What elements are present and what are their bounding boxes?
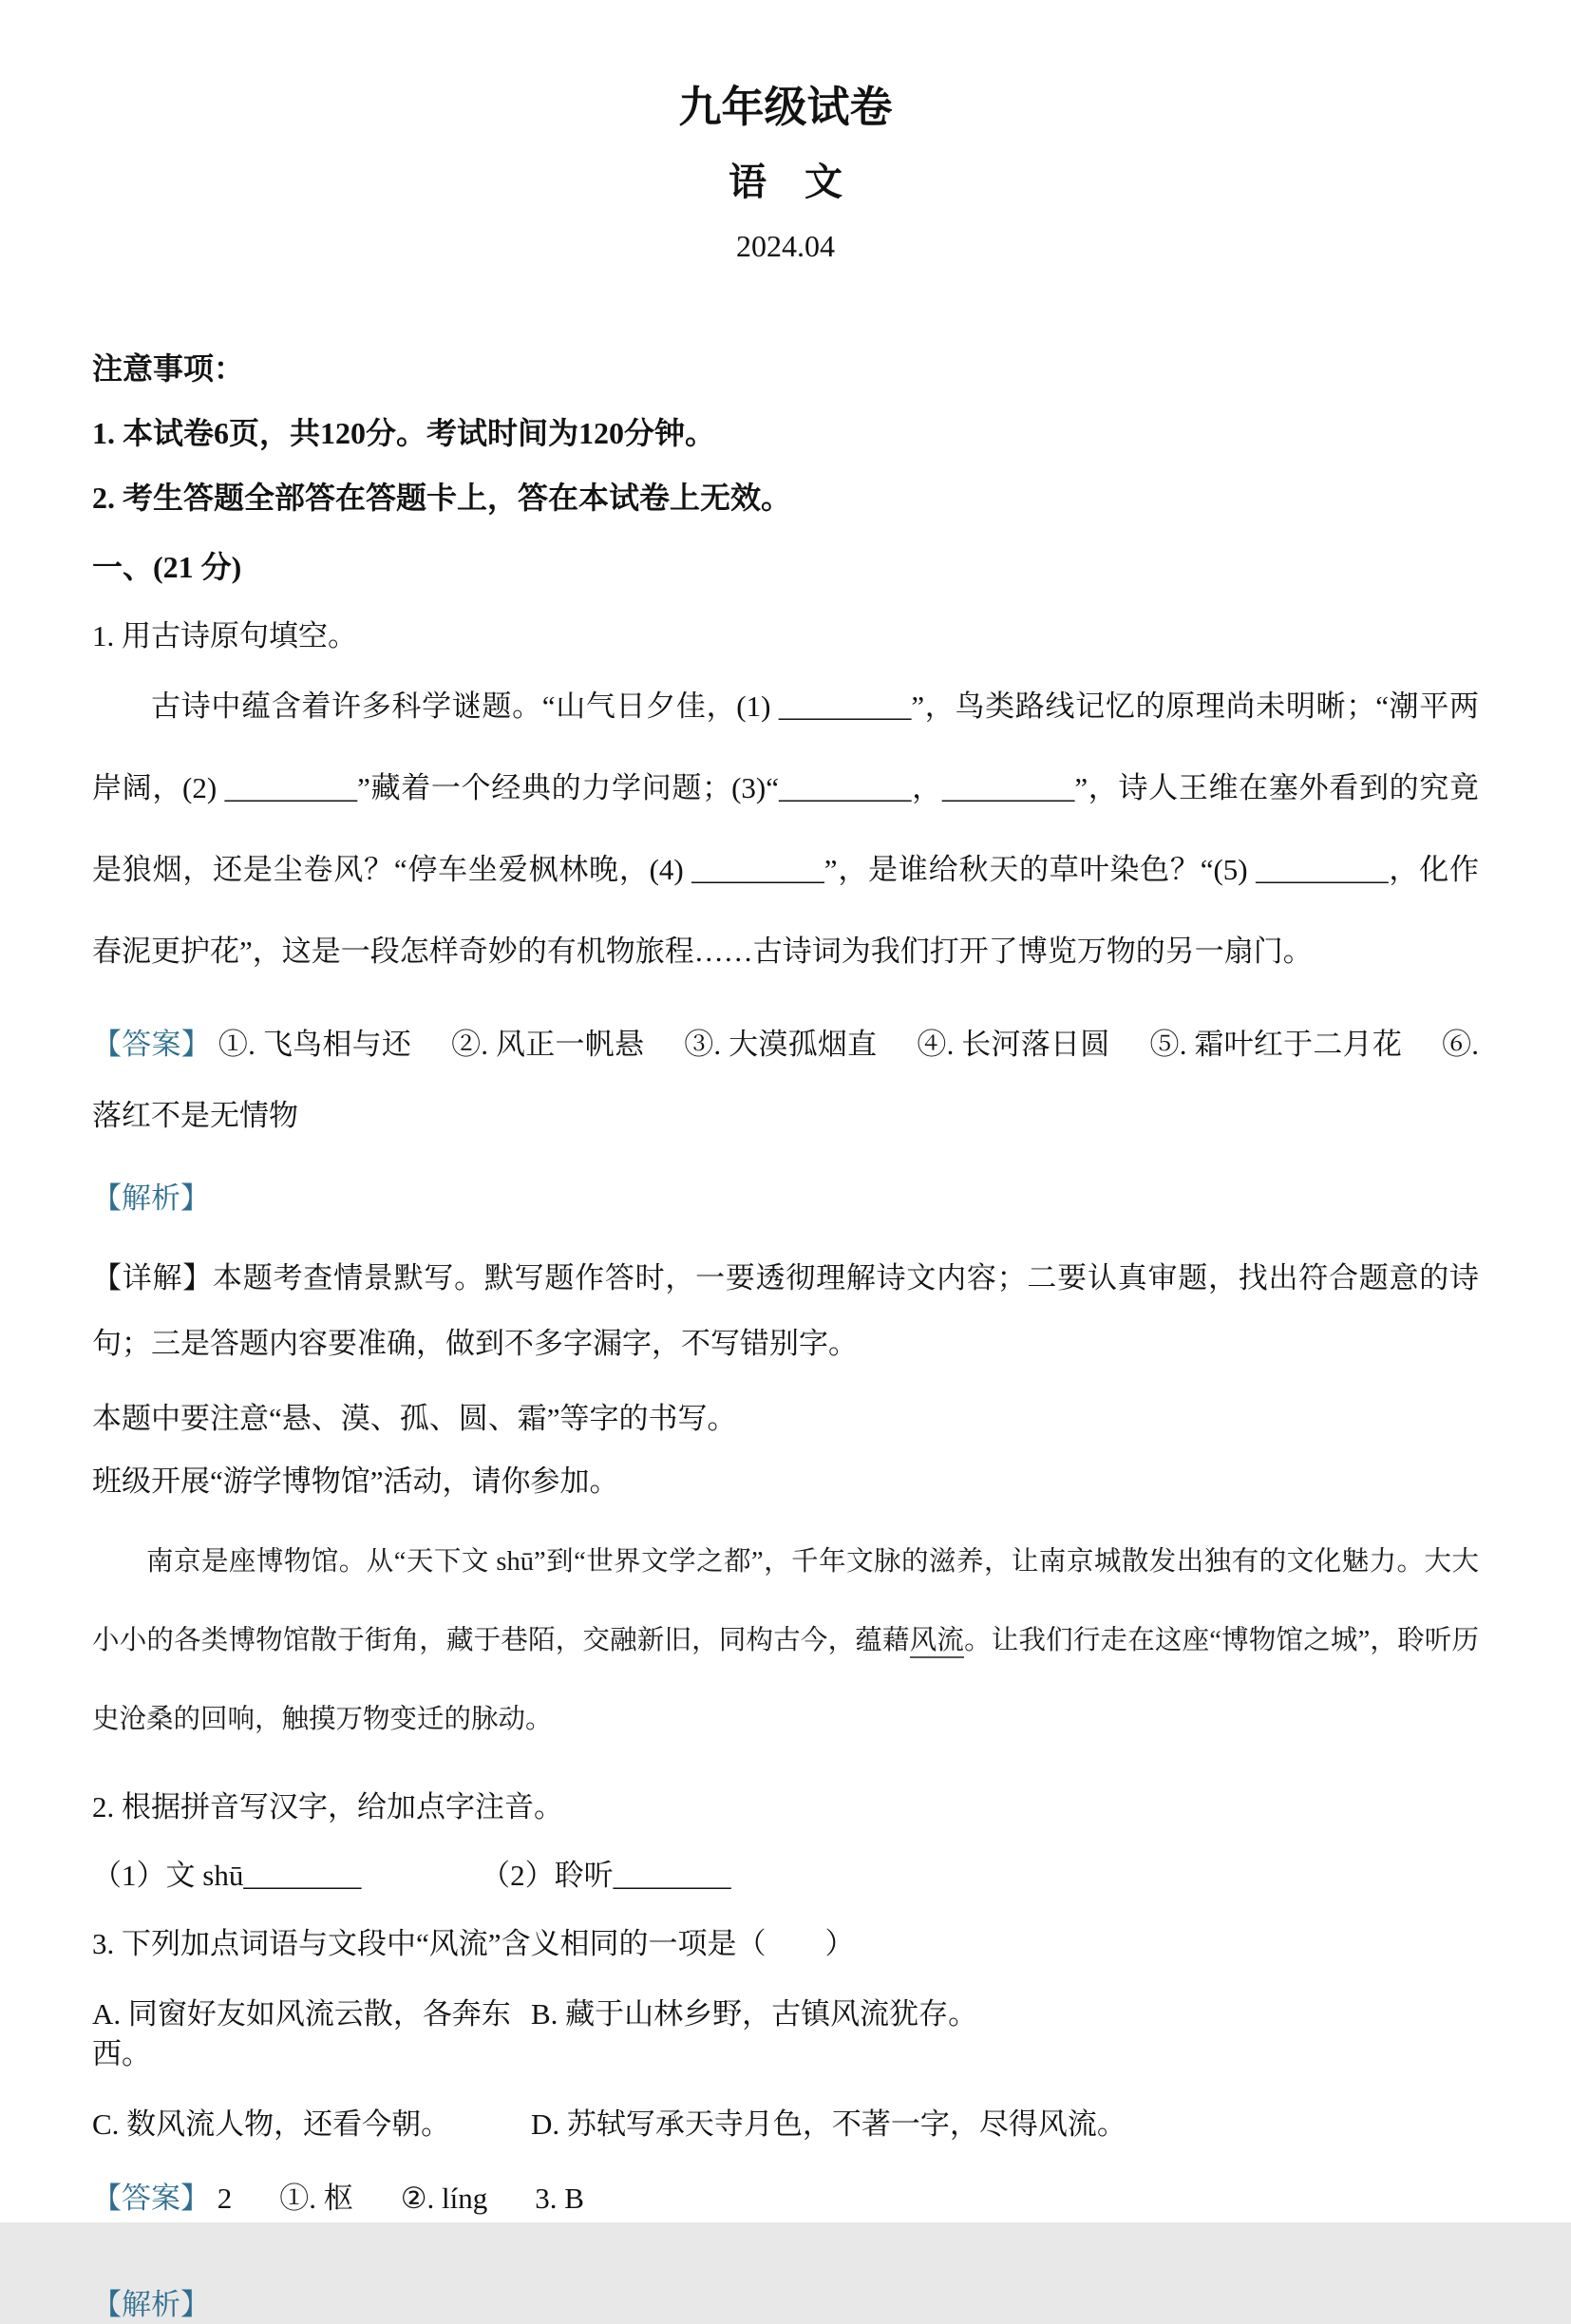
option-b: B. 藏于山林乡野，古镇风流犹存。 — [531, 1994, 1479, 2074]
exam-paper-page: 九年级试卷 语 文 2024.04 注意事项： 1. 本试卷6页，共120分。考… — [0, 0, 1571, 2222]
question-1-answer-line: 【答案】 ①. 飞鸟相与还②. 风正一帆悬③. 大漠孤烟直④. 长河落日圆⑤. … — [92, 1010, 1479, 1151]
question-2-part-1: （1）文 shū________ — [92, 1859, 361, 1892]
answer-item: 2 — [218, 2182, 233, 2215]
question-1-stem: 1. 用古诗原句填空。 — [92, 616, 1479, 656]
option-d: D. 苏轼写承天寺月色，不著一字，尽得风流。 — [531, 2105, 1479, 2145]
underlined-term-fengliu: 风流 — [910, 1626, 964, 1658]
answer-items: 2①. 枢②. líng3. B — [218, 2182, 632, 2215]
answer-item: ②. líng — [401, 2182, 488, 2215]
question-2-parts: （1）文 shū________ （2）聆听________ — [92, 1856, 1479, 1896]
answer-item: ①. 飞鸟相与还 — [218, 1028, 411, 1061]
exam-title: 九年级试卷 — [92, 82, 1479, 133]
answer-item: ⑤. 霜叶红于二月花 — [1149, 1028, 1402, 1061]
option-a: A. 同窗好友如风流云散，各奔东西。 — [92, 1994, 531, 2074]
question-1-analysis-line: 【解析】 — [92, 1180, 1479, 1218]
exam-date: 2024.04 — [92, 228, 1479, 264]
museum-passage: 南京是座博物馆。从“天下文 shū”到“世界文学之都”，千年文脉的滋养，让南京城… — [92, 1523, 1479, 1759]
notice-item-1: 1. 本试卷6页，共120分。考试时间为120分钟。 — [92, 414, 1479, 454]
question-2-3-answer-line: 【答案】 2①. 枢②. líng3. B — [92, 2178, 1479, 2219]
question-2-part-2: （2）聆听________ — [481, 1859, 731, 1892]
activity-intro: 班级开展“游学博物馆”活动，请你参加。 — [92, 1462, 1479, 1502]
question-1-detail: 【详解】本题考查情景默写。默写题作答时，一要透彻理解诗文内容；二要认真审题，找出… — [92, 1246, 1479, 1375]
question-2-stem: 2. 根据拼音写汉字，给加点字注音。 — [92, 1787, 1479, 1827]
writing-note: 本题中要注意“悬、漠、孤、圆、霜”等字的书写。 — [92, 1399, 1479, 1439]
answer-item: ④. 长河落日圆 — [917, 1028, 1109, 1061]
question-3-options: A. 同窗好友如风流云散，各奔东西。 B. 藏于山林乡野，古镇风流犹存。 C. … — [92, 1994, 1479, 2145]
analysis-label: 【解析】 — [92, 1181, 210, 1215]
question-3-stem: 3. 下列加点词语与文段中“风流”含义相同的一项是（ ） — [92, 1924, 1479, 1964]
poem-fill-passage: 古诗中蕴含着许多科学谜题。“山气日夕佳，(1) _________”，鸟类路线记… — [92, 666, 1479, 993]
detail-label: 【详解】 — [92, 1261, 213, 1294]
analysis-label: 【解析】 — [92, 2288, 210, 2321]
answer-item: ③. 大漠孤烟直 — [684, 1028, 877, 1061]
option-c: C. 数风流人物，还看今朝。 — [92, 2105, 531, 2145]
answer-item: ②. 风正一帆悬 — [451, 1028, 644, 1061]
answer-item: ①. 枢 — [279, 2182, 353, 2215]
answer-label: 【答案】 — [92, 2182, 210, 2215]
exam-subject: 语 文 — [92, 160, 1479, 205]
detail-text: 本题考查情景默写。默写题作答时，一要透彻理解诗文内容；二要认真审题，找出符合题意… — [92, 1261, 1479, 1359]
answer-item: 3. B — [535, 2182, 584, 2215]
section-1-heading: 一、(21 分) — [92, 548, 1479, 588]
final-analysis-line: 【解析】 — [92, 2286, 1479, 2324]
notice-heading: 注意事项： — [92, 350, 1479, 389]
answer-items: ①. 飞鸟相与还②. 风正一帆悬③. 大漠孤烟直④. 长河落日圆⑤. 霜叶红于二… — [92, 1028, 1479, 1131]
notice-item-2: 2. 考生答题全部答在答题卡上，答在本试卷上无效。 — [92, 479, 1479, 519]
answer-label: 【答案】 — [92, 1028, 211, 1061]
